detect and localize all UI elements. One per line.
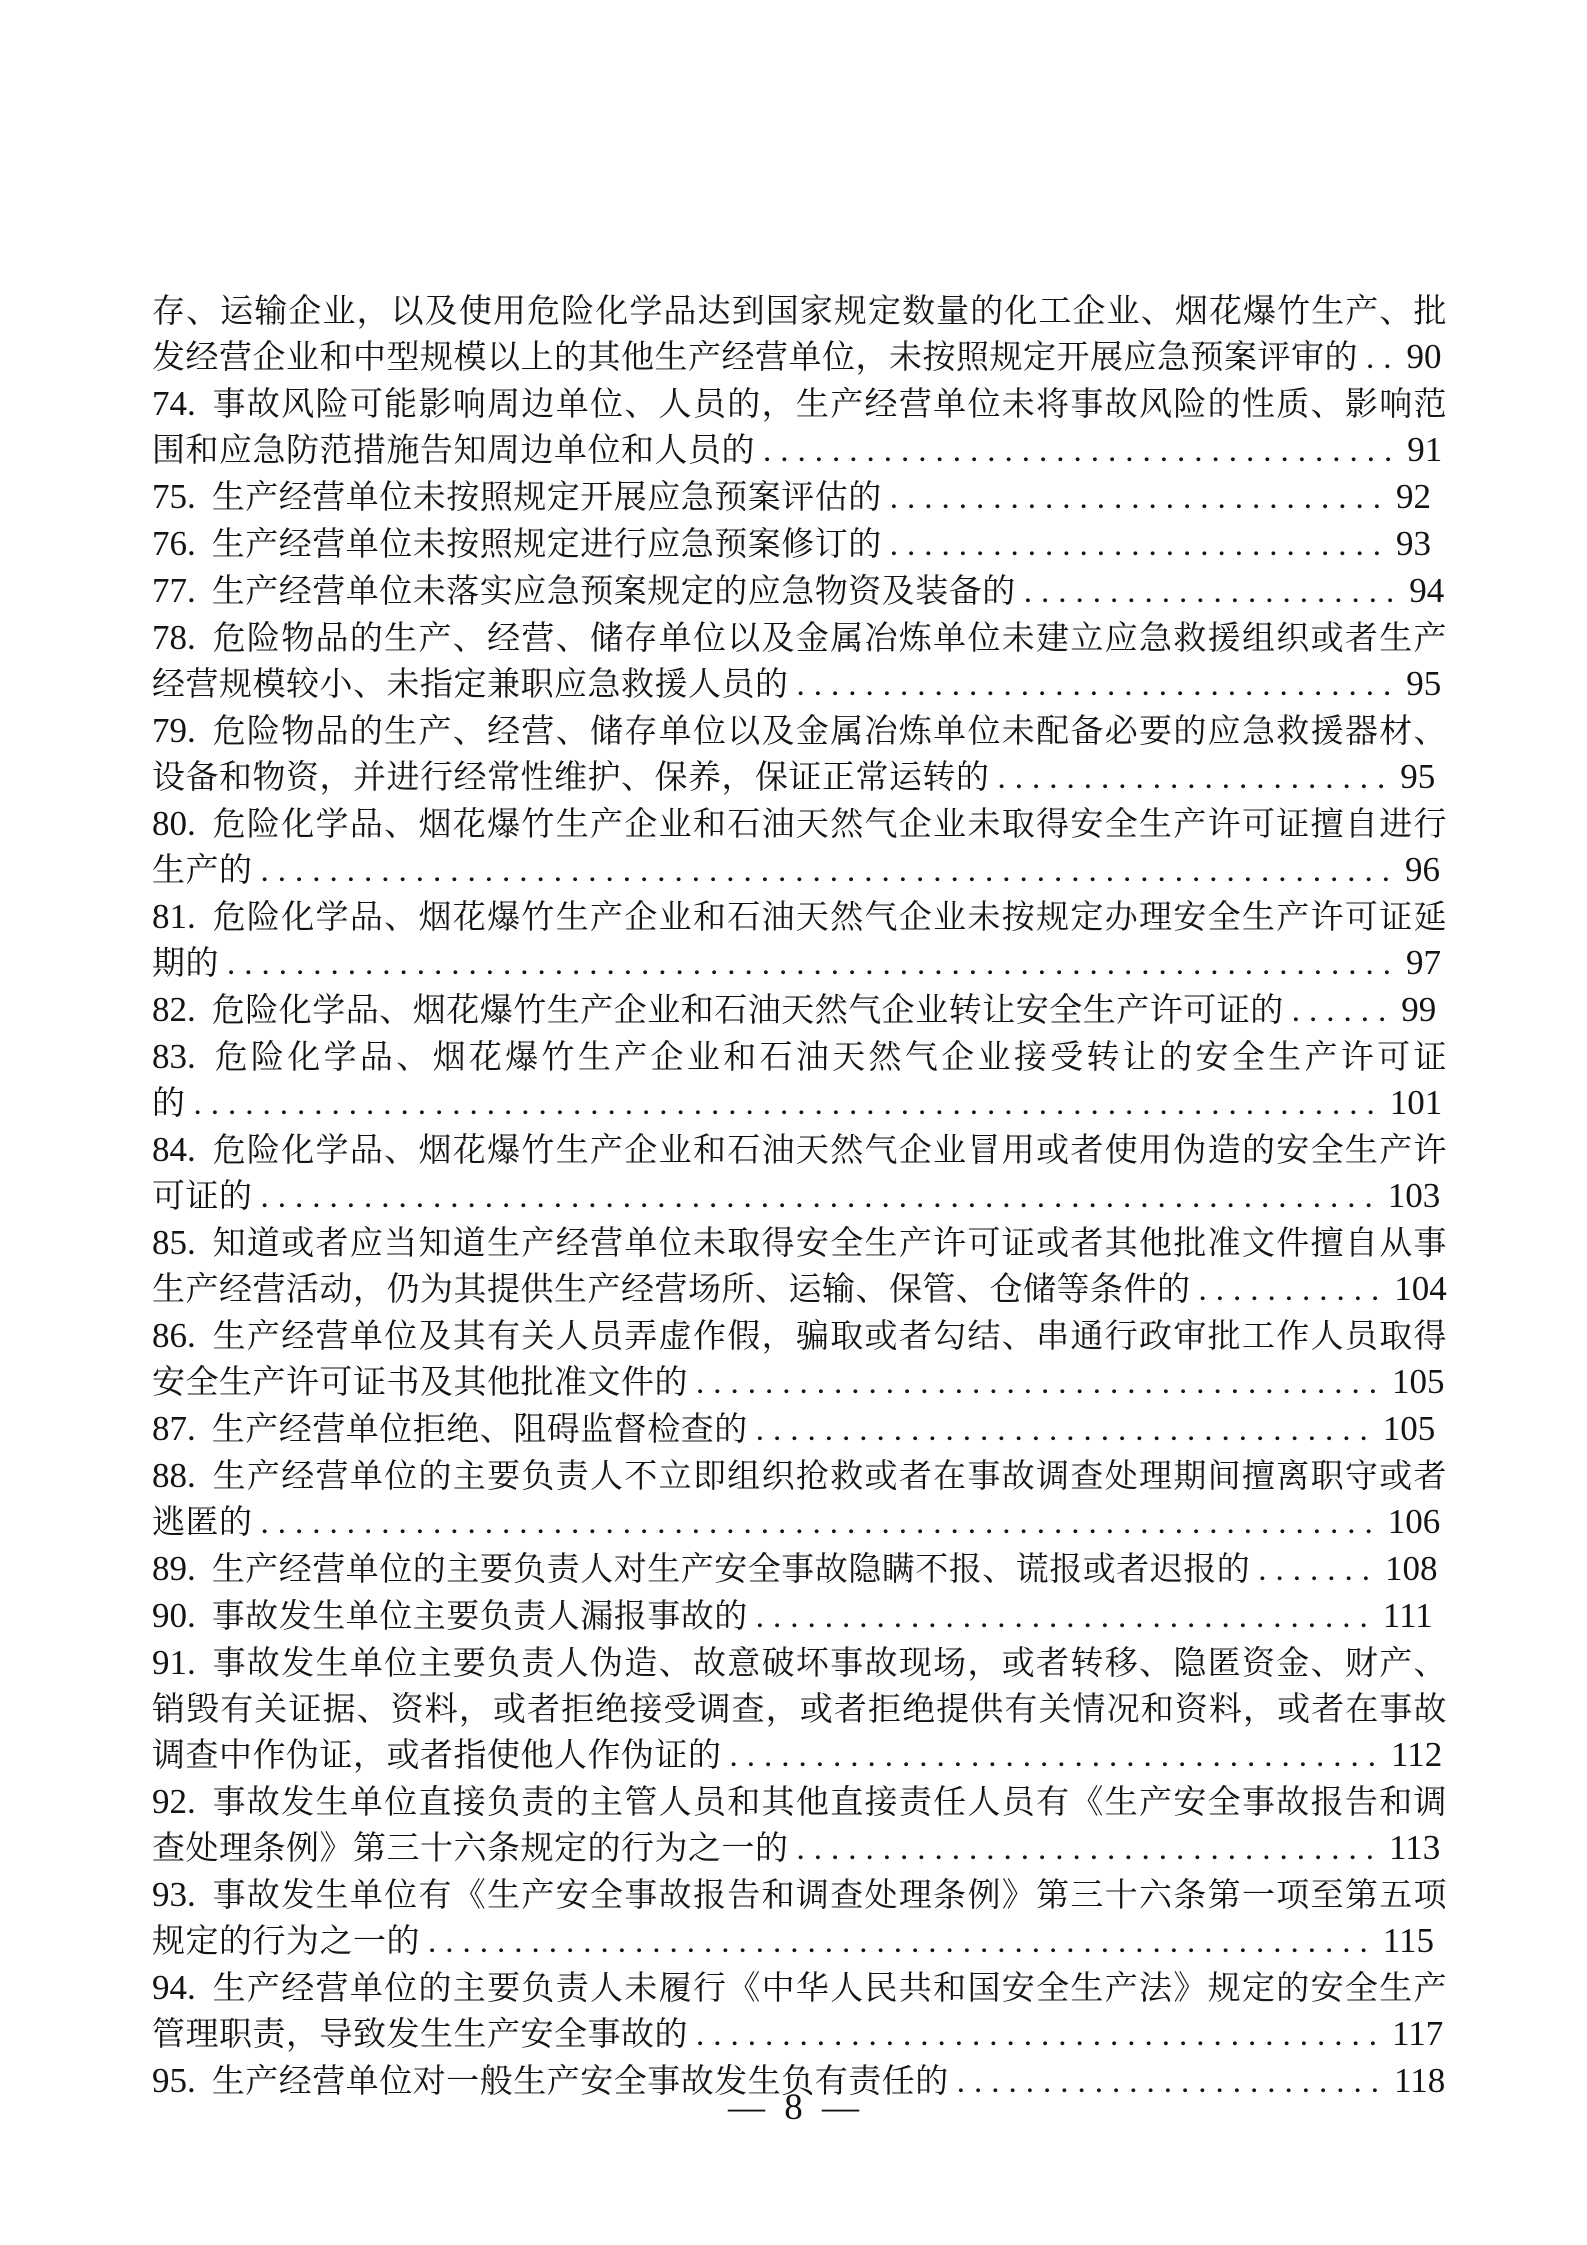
entry-number: 78. (152, 618, 196, 657)
toc-entry: 83.危险化学品、烟花爆竹生产企业和石油天然气企业接受转让的安全生产许可证的..… (152, 1034, 1447, 1127)
toc-entry: 存、运输企业，以及使用危险化学品达到国家规定数量的化工企业、烟花爆竹生产、批发经… (152, 288, 1447, 381)
entry-page-number: 95 (1406, 664, 1441, 703)
toc-entry: 91.事故发生单位主要负责人伪造、故意破坏事故现场，或者转移、隐匿资金、财产、销… (152, 1640, 1447, 1779)
entry-page-number: 91 (1407, 430, 1442, 469)
entry-page-number: 95 (1400, 757, 1435, 796)
entry-page-number: 101 (1390, 1083, 1443, 1122)
entry-number: 75. (152, 477, 196, 516)
toc-entry: 80.危险化学品、烟花爆竹生产企业和石油天然气企业未取得安全生产许可证擅自进行生… (152, 801, 1447, 894)
toc-entry: 75.生产经营单位未按照规定开展应急预案评估的.................… (152, 474, 1447, 521)
entry-page-number: 96 (1405, 850, 1440, 889)
document-page: 存、运输企业，以及使用危险化学品达到国家规定数量的化工企业、烟花爆竹生产、批发经… (0, 0, 1587, 2245)
entry-title: 存、运输企业，以及使用危险化学品达到国家规定数量的化工企业、烟花爆竹生产、批发经… (152, 292, 1447, 375)
entry-page-number: 117 (1392, 2014, 1443, 2053)
dot-leader: .................................... (756, 1412, 1377, 1448)
entry-page-number: 99 (1401, 990, 1436, 1029)
dot-leader: ........................................… (261, 1179, 1382, 1215)
entry-number: 86. (152, 1316, 196, 1355)
entry-number: 93. (152, 1875, 196, 1914)
entry-number: 94. (152, 1968, 196, 2007)
toc-entry: 78.危险物品的生产、经营、储存单位以及金属冶炼单位未建立应急救援组织或者生产经… (152, 615, 1447, 708)
entry-number: 88. (152, 1456, 196, 1495)
toc-entry: 89.生产经营单位的主要负责人对生产安全事故隐瞒不报、谎报或者迟报的......… (152, 1546, 1447, 1593)
toc-entry: 85.知道或者应当知道生产经营单位未取得安全生产许可证或者其他批准文件擅自从事生… (152, 1220, 1447, 1313)
entry-title: 生产经营单位未落实应急预案规定的应急物资及装备的 (212, 572, 1016, 609)
dot-leader: ........... (1199, 1272, 1389, 1308)
entry-number: 92. (152, 1782, 196, 1821)
entry-page-number: 93 (1396, 524, 1431, 563)
entry-page-number: 115 (1383, 1921, 1434, 1960)
entry-number: 91. (152, 1643, 196, 1682)
entry-number: 90. (152, 1596, 196, 1635)
entry-page-number: 106 (1388, 1502, 1441, 1541)
dot-leader: ........................................… (227, 946, 1400, 982)
entry-title: 危险化学品、烟花爆竹生产企业和石油天然气企业转让安全生产许可证的 (212, 991, 1284, 1028)
toc-entry: 79.危险物品的生产、经营、储存单位以及金属冶炼单位未配备必要的应急救援器材、设… (152, 708, 1447, 801)
toc-entry: 74.事故风险可能影响周边单位、人员的，生产经营单位未将事故风险的性质、影响范围… (152, 381, 1447, 474)
toc-entry: 93.事故发生单位有《生产安全事故报告和调查处理条例》第三十六条第一项至第五项规… (152, 1872, 1447, 1965)
toc-entry: 86.生产经营单位及其有关人员弄虚作假，骗取或者勾结、串通行政审批工作人员取得安… (152, 1313, 1447, 1406)
entry-title: 生产经营单位未按照规定进行应急预案修订的 (212, 525, 882, 562)
entry-title: 生产经营单位未按照规定开展应急预案评估的 (212, 478, 882, 515)
entry-number: 79. (152, 711, 196, 750)
entry-number: 85. (152, 1223, 196, 1262)
dot-leader: ........................................… (261, 1505, 1382, 1541)
entry-number: 76. (152, 524, 196, 563)
dot-leader: ...................... (1024, 574, 1404, 610)
page-footer: — 8 — (0, 2085, 1587, 2131)
entry-title: 生产经营单位拒绝、阻碍监督检查的 (212, 1410, 748, 1447)
entry-page-number: 90 (1407, 337, 1442, 376)
toc-entry: 76.生产经营单位未按照规定进行应急预案修订的.................… (152, 521, 1447, 568)
entry-number: 89. (152, 1549, 196, 1588)
toc-entry: 84.危险化学品、烟花爆竹生产企业和石油天然气企业冒用或者使用伪造的安全生产许可… (152, 1127, 1447, 1220)
entry-page-number: 108 (1385, 1549, 1438, 1588)
dot-leader: ................................... (797, 667, 1401, 703)
toc-entry: 87.生产经营单位拒绝、阻碍监督检查的.....................… (152, 1406, 1447, 1453)
entry-page-number: 105 (1392, 1362, 1445, 1401)
dot-leader: ....................... (998, 760, 1395, 796)
toc-entry: 88.生产经营单位的主要负责人不立即组织抢救或者在事故调查处理期间擅离职守或者逃… (152, 1453, 1447, 1546)
page-number-label: — 8 — (728, 2087, 859, 2128)
entry-number: 81. (152, 897, 196, 936)
dot-leader: ............................. (890, 527, 1390, 563)
toc-entry: 81.危险化学品、烟花爆竹生产企业和石油天然气企业未按规定办理安全生产许可证延期… (152, 894, 1447, 987)
entry-page-number: 113 (1389, 1828, 1440, 1867)
entry-page-number: 111 (1383, 1596, 1433, 1635)
entry-number: 77. (152, 571, 196, 610)
dot-leader: ....... (1258, 1552, 1379, 1588)
toc-entry: 92.事故发生单位直接负责的主管人员和其他直接责任人员有《生产安全事故报告和调查… (152, 1779, 1447, 1872)
entry-number: 74. (152, 384, 196, 423)
entry-page-number: 112 (1391, 1735, 1442, 1774)
dot-leader: ............................. (890, 480, 1390, 516)
entry-number: 83. (152, 1037, 196, 1076)
entry-page-number: 94 (1409, 571, 1444, 610)
entry-number: 84. (152, 1130, 196, 1169)
dot-leader: ..................................... (763, 433, 1401, 469)
dot-leader: ........................................… (428, 1924, 1377, 1960)
dot-leader: .................................... (756, 1599, 1377, 1635)
entry-page-number: 103 (1388, 1176, 1441, 1215)
entry-number: 80. (152, 804, 196, 843)
entry-page-number: 92 (1396, 477, 1431, 516)
toc-entry: 77.生产经营单位未落实应急预案规定的应急物资及装备的.............… (152, 568, 1447, 615)
toc-entry: 90.事故发生单位主要负责人漏报事故的.....................… (152, 1593, 1447, 1640)
entry-number: 82. (152, 990, 196, 1029)
entry-number: 87. (152, 1409, 196, 1448)
dot-leader: ........................................ (696, 1365, 1386, 1401)
toc-entry: 94.生产经营单位的主要负责人未履行《中华人民共和国安全生产法》规定的安全生产管… (152, 1965, 1447, 2058)
table-of-contents: 存、运输企业，以及使用危险化学品达到国家规定数量的化工企业、烟花爆竹生产、批发经… (152, 288, 1447, 2105)
entry-title: 生产经营单位的主要负责人对生产安全事故隐瞒不报、谎报或者迟报的 (212, 1550, 1251, 1587)
dot-leader: ...... (1292, 993, 1396, 1029)
dot-leader: ........................................… (194, 1086, 1384, 1122)
toc-entry: 82.危险化学品、烟花爆竹生产企业和石油天然气企业转让安全生产许可证的.....… (152, 987, 1447, 1034)
dot-leader: ........................................… (261, 853, 1400, 889)
dot-leader: .. (1366, 340, 1401, 376)
dot-leader: ........................................ (696, 2017, 1386, 2053)
entry-page-number: 105 (1383, 1409, 1436, 1448)
entry-page-number: 104 (1394, 1269, 1447, 1308)
entry-title: 事故发生单位主要负责人漏报事故的 (212, 1597, 748, 1634)
entry-page-number: 97 (1406, 943, 1441, 982)
dot-leader: .................................. (797, 1831, 1384, 1867)
dot-leader: ...................................... (730, 1738, 1386, 1774)
